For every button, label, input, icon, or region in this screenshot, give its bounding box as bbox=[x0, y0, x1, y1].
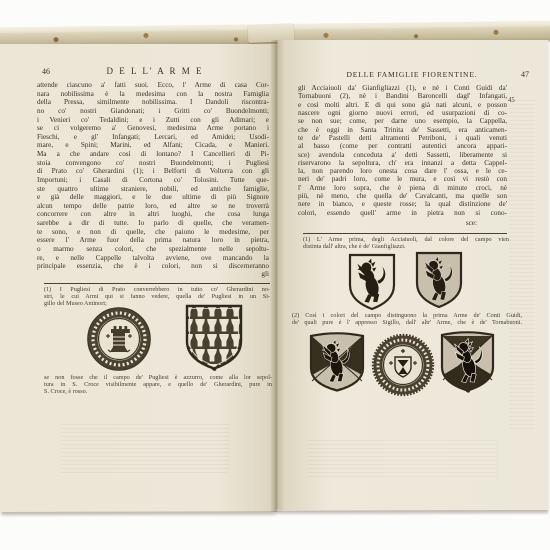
text-line: gli Acciaiuoli da' Gianfigliazzi (1), e … bbox=[298, 84, 507, 92]
text-line: la, non parendo loro onesta cosa dare l'… bbox=[298, 167, 507, 175]
right-running-head: DELLE FAMIGLIE FIORENTINE. 47 bbox=[295, 70, 529, 79]
acciaiuoli-lion-shield-figure bbox=[346, 252, 398, 312]
text-line: colori, essendo quell' arme in pietra no… bbox=[298, 209, 507, 217]
text-line: i Venieri co' Tedaldini; e i Zutti con g… bbox=[37, 116, 269, 125]
text-line: e già delle maggiori, e le due ultime di… bbox=[37, 193, 269, 202]
text-line: nere in bianco, e queste rosse; la qual … bbox=[298, 200, 507, 208]
show-through-ghost bbox=[307, 440, 497, 480]
left-catchword: gli bbox=[37, 270, 269, 278]
text-line: nascere ogni giorno nuovi errori, ed usu… bbox=[298, 109, 507, 117]
text-line: o marmo senza colori, che spezialmente n… bbox=[37, 245, 269, 254]
lion-shield-shaded-icon bbox=[413, 250, 465, 310]
footnote-line: (1) I Pugliesi di Prato converrebbero in… bbox=[44, 286, 270, 293]
text-line: della Pressa, similmente nobilissima. I … bbox=[37, 98, 269, 107]
footnote-line: stri, le cui Armi qui si fanno vedere, q… bbox=[44, 293, 270, 300]
right-body-text: gli Acciaiuoli da' Gianfigliazzi (1), e … bbox=[298, 84, 507, 217]
show-through-ghost bbox=[509, 100, 535, 430]
text-line: se ci volgeremo a' Genovesi, medesima Ar… bbox=[37, 124, 269, 133]
text-line: ste quattro ultime straniere, nobili, ed… bbox=[37, 185, 269, 194]
text-line: re, e nelle Cappelle talvolta avviene, o… bbox=[37, 254, 269, 263]
text-line: alcun tempo delle patrie loro, ed altre … bbox=[37, 202, 269, 211]
conti-guidi-shield-figure bbox=[308, 331, 366, 393]
text-line: te sono, e non di quelle, che paiono le … bbox=[37, 228, 269, 237]
text-line: di Prato co' Gherardini (1); i Belforti … bbox=[37, 167, 269, 176]
left-page-number: 46 bbox=[42, 67, 68, 76]
book-bottom-shadow bbox=[2, 510, 548, 517]
footnote-rule bbox=[303, 233, 507, 234]
footnote-line: (1) L' Arme prima, degli Acciaiuoli, dal… bbox=[303, 236, 509, 243]
saltire-lion-shield-dark-icon bbox=[439, 330, 496, 393]
footnote-line: de' quali pure è l' appresso Sigillo, da… bbox=[292, 319, 522, 326]
footnote-line: distinta dall' altra, che è de' Gianfigl… bbox=[303, 243, 509, 250]
text-line: Fieschi, e gl' Infangati; Lercari, ed Am… bbox=[37, 133, 269, 142]
caption-line: se non fosse che il campo de' Pugliesi è… bbox=[44, 374, 272, 381]
text-line: se non sue; come, per darne uno esempio,… bbox=[298, 117, 507, 125]
text-line: al basso (come per contratti autentici a… bbox=[298, 142, 507, 150]
left-running-title: D E L L' A R M E bbox=[68, 66, 242, 76]
tornabuoni-shield-figure bbox=[439, 330, 496, 393]
gherardini-vair-shield-figure bbox=[182, 303, 246, 371]
left-page: 46 D E L L' A R M E attende ciascuno a' … bbox=[0, 44, 277, 512]
text-line: essere l' Arme fuor della prima natura l… bbox=[37, 236, 269, 245]
book-photograph: 46 D E L L' A R M E attende ciascuno a' … bbox=[0, 0, 550, 550]
text-line: Tornabuoni (2), nè i Bandini Baroncelli … bbox=[298, 92, 507, 100]
right-catchword: sce: bbox=[298, 219, 507, 227]
text-line: stoia convengono co' nostri Buondelmonti… bbox=[37, 159, 269, 168]
seal-with-chalice-icon bbox=[371, 333, 435, 397]
right-footnote-2: (2) Così i colori del campo distinguono … bbox=[292, 312, 522, 326]
text-line: l' Arme loro sopra, che è piena di minut… bbox=[298, 184, 507, 192]
show-through-ghost bbox=[60, 424, 230, 474]
lion-shield-icon bbox=[346, 252, 398, 312]
pugliesi-seal-figure bbox=[86, 306, 152, 372]
seal-with-tower-icon bbox=[86, 306, 152, 372]
text-line: nara nobilissima è la medesima con la no… bbox=[37, 90, 269, 99]
text-line: neri de' padri loro, come le mura, e cos… bbox=[298, 175, 507, 183]
text-line: sce) avendola conceduta a' detti Sassett… bbox=[298, 151, 507, 159]
text-line: Ma a che andare così di lontano? I Cance… bbox=[37, 150, 269, 159]
right-page-number: 47 bbox=[507, 70, 529, 79]
left-running-head: 46 D E L L' A R M E bbox=[42, 66, 268, 76]
vair-shield-icon bbox=[182, 303, 246, 371]
text-line: più, nè meno, che quella de' Cavalcanti,… bbox=[298, 192, 507, 200]
right-page: DELLE FAMIGLIE FIORENTINE. 47 45 gli Acc… bbox=[277, 40, 548, 510]
text-line: no co' nostri Giandonati; i Gritti co' B… bbox=[37, 107, 269, 116]
footnote-rule bbox=[44, 283, 270, 284]
text-line: riservarono la sepoltura, ch' era innanz… bbox=[298, 159, 507, 167]
text-line: sarebbe a dir di tutte. Io parlo di quel… bbox=[37, 219, 269, 228]
text-line: e così molti altri. E di qui sono già na… bbox=[298, 101, 507, 109]
text-line: concorrere con altre in altri luoghi, ch… bbox=[37, 210, 269, 219]
caption-line: tura in S. Croce visibilmente appare, e … bbox=[44, 381, 272, 388]
guidi-seal-figure bbox=[371, 333, 435, 397]
left-body-text: attende ciascuno a' fatti suoi. Ecco, l'… bbox=[37, 81, 269, 271]
left-figure-caption: se non fosse che il campo de' Pugliesi è… bbox=[44, 374, 272, 395]
book-gutter bbox=[270, 40, 284, 512]
text-line: te de' Pastelli detti altramenti Petribo… bbox=[298, 134, 507, 142]
right-footnote-1: (1) L' Arme prima, degli Acciaiuoli, dal… bbox=[303, 236, 509, 250]
saltire-lion-shield-icon bbox=[308, 331, 366, 393]
footnote-line: (2) Così i colori del campo distinguono … bbox=[292, 312, 522, 319]
text-line: che è oggi in Santa Trinita de' Sassetti… bbox=[298, 126, 507, 134]
caption-line: S. Croce, è rosso. bbox=[44, 388, 272, 395]
gianfigliazzi-lion-shield-figure bbox=[413, 250, 465, 310]
text-line: Importuni; i Casali di Cortona co' Tolos… bbox=[37, 176, 269, 185]
text-line: attende ciascuno a' fatti suoi. Ecco, l'… bbox=[37, 81, 269, 90]
right-running-title: DELLE FAMIGLIE FIORENTINE. bbox=[317, 70, 507, 79]
text-line: mare, e Spini; Marini, ed Alfani; Cicada… bbox=[37, 141, 269, 150]
